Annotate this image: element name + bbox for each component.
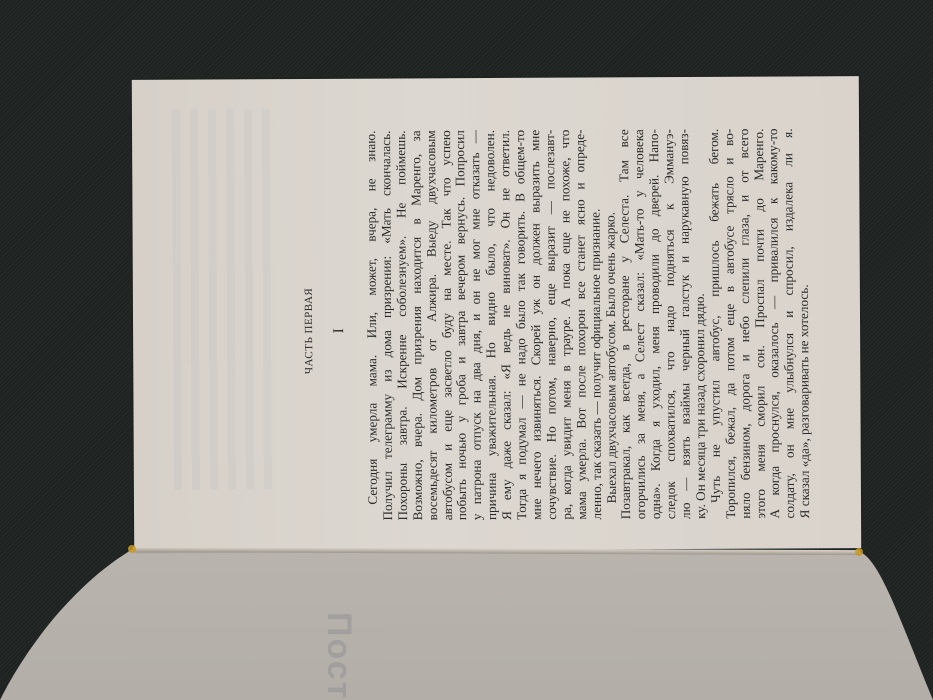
chapter-number: I (330, 121, 349, 541)
page-text-block: ЧАСТЬ ПЕРВАЯ I Сегодня умерла мама. Или,… (282, 118, 861, 541)
spine-glue-mark (128, 545, 136, 553)
bleed-through-text (172, 109, 274, 490)
spine-glue-mark (855, 548, 863, 556)
book-page: ЧАСТЬ ПЕРВАЯ I Сегодня умерла мама. Или,… (132, 76, 861, 552)
part-title: ЧАСТЬ ПЕРВАЯ (302, 121, 316, 541)
body-text: Сегодня умерла мама. Или, может, вчера, … (364, 128, 813, 520)
bleed-through-title: Посто (318, 612, 358, 700)
text-line: Я сказал «да», разговаривать не хотелось… (796, 128, 813, 518)
